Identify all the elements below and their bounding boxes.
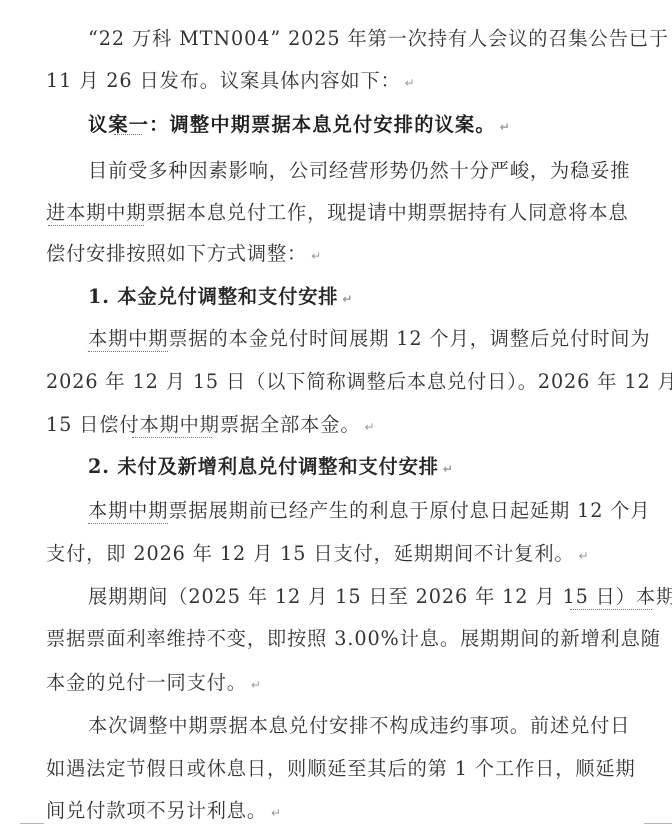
document-page: “22 万科 MTN004” 2025 年第一次持有人会议的召集公告已于 11 … xyxy=(0,0,672,828)
paragraph-mark-icon: ↵ xyxy=(443,462,454,476)
paragraph-mark-icon: ↵ xyxy=(500,120,511,134)
section-2-body-b-line-3: 本金的兑付一同支付。↵ xyxy=(46,668,656,698)
closing-line-3: 间兑付款项不另计利息。↵ xyxy=(46,796,656,826)
closing-line-1: 本次调整中期票据本息兑付安排不构成违约事项。前述兑付日 xyxy=(88,711,656,741)
grammar-underline xyxy=(132,434,212,438)
section-2-heading: 2. 未付及新增利息兑付调整和支付安排↵ xyxy=(88,452,656,482)
proposal-intro-line-1: 目前受多种因素影响，公司经营形势仍然十分严峻，为稳妥推 xyxy=(88,156,656,186)
paragraph-mark-icon: ↵ xyxy=(271,806,282,820)
paragraph-mark-icon: ↵ xyxy=(364,420,375,434)
section-2-body-b-line-2: 票据票面利率维持不变，即按照 3.00%计息。展期期间的新增利息随 xyxy=(46,624,656,654)
page-corner-mark-right xyxy=(644,823,672,824)
grammar-underline xyxy=(88,348,168,352)
paragraph-mark-icon: ↵ xyxy=(311,249,322,263)
spellcheck-underline xyxy=(114,131,142,135)
section-2-body-a-line-2: 支付，即 2026 年 12 月 15 日支付，延期期间不计复利。↵ xyxy=(46,539,656,569)
paragraph-mark-icon: ↵ xyxy=(251,678,262,692)
proposal-heading: 议案一：调整中期票据本息兑付安排的议案。↵ xyxy=(88,110,656,140)
proposal-intro-line-3: 偿付安排按照如下方式调整：↵ xyxy=(46,239,656,269)
grammar-underline xyxy=(88,520,168,524)
section-1-body-line-1: 本期中期票据的本金兑付时间展期 12 个月，调整后兑付时间为 xyxy=(88,324,656,354)
section-1-heading: 1. 本金兑付调整和支付安排↵ xyxy=(88,282,656,312)
paragraph-mark-icon: ↵ xyxy=(405,76,416,90)
section-1-body-line-2: 2026 年 12 月 15 日（以下简称调整后本息兑付日）。2026 年 12… xyxy=(46,367,656,397)
grammar-underline xyxy=(48,222,144,226)
grammar-underline xyxy=(570,606,652,610)
paragraph-mark-icon: ↵ xyxy=(579,549,590,563)
intro-line-2: 11 月 26 日发布。议案具体内容如下：↵ xyxy=(46,66,656,96)
paragraph-mark-icon: ↵ xyxy=(342,292,353,306)
page-corner-mark-left xyxy=(20,823,44,824)
section-2-body-a-line-1: 本期中期票据展期前已经产生的利息于原付息日起延期 12 个月 xyxy=(88,496,656,526)
closing-line-2: 如遇法定节假日或休息日，则顺延至其后的第 1 个工作日，顺延期 xyxy=(46,754,656,784)
intro-line-1: “22 万科 MTN004” 2025 年第一次持有人会议的召集公告已于 xyxy=(88,24,656,54)
